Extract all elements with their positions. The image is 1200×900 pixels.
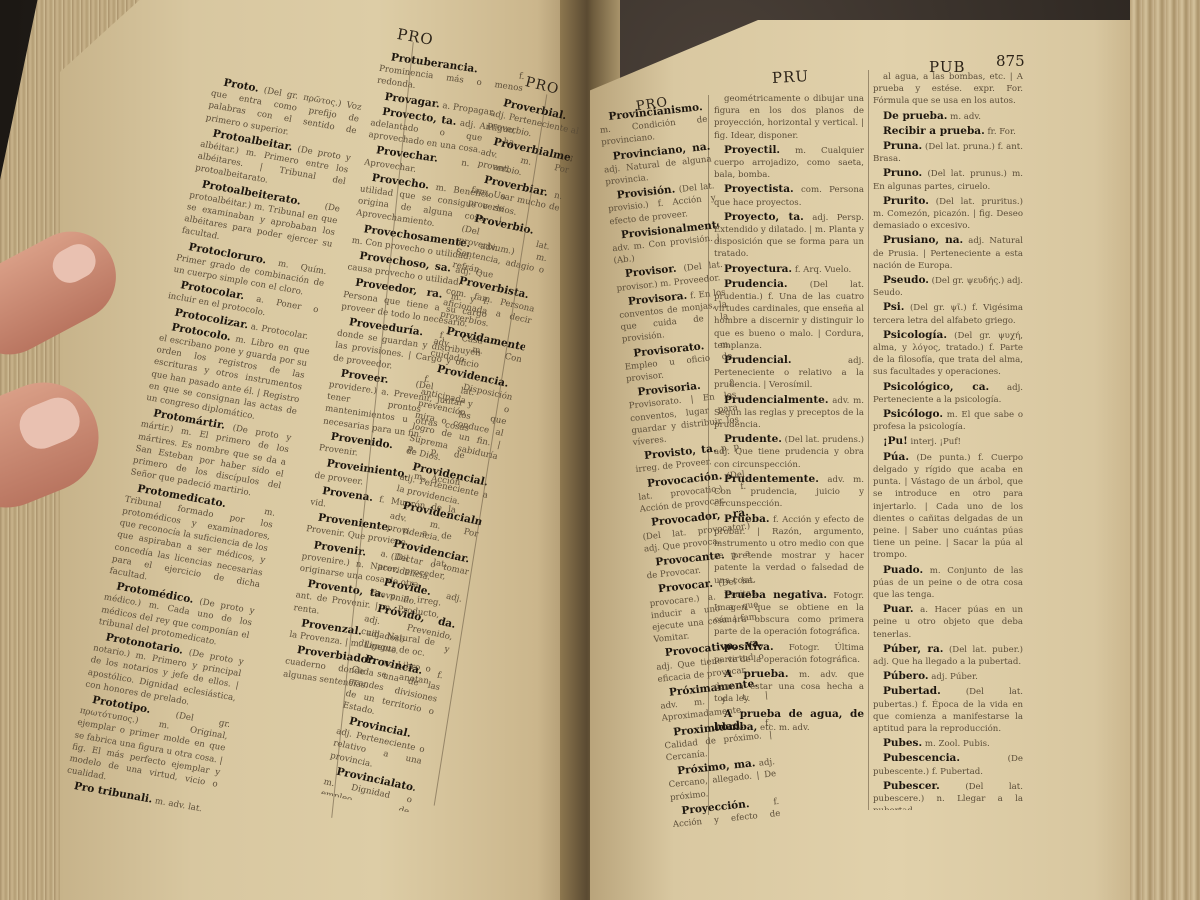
headword: Puado.: [883, 564, 923, 576]
definition: adj. Púber.: [931, 672, 978, 682]
dictionary-entry: Prudencialmente. adv. m. Según las regla…: [714, 394, 864, 432]
headword: positiva.: [724, 641, 774, 653]
dictionary-photo: PRO PRO PRO PRU PUB 875 Proto. (Del gr. …: [0, 0, 1200, 900]
dictionary-entry: Proyectura. f. Arq. Vuelo.: [714, 263, 864, 276]
definition: (Del lat. proverbium.) m. Sentencia, ada…: [452, 224, 551, 276]
definition: m. Zool. Pubis.: [925, 739, 990, 749]
dictionary-entry: Pseudo. (Del gr. ψευδής.) adj. Seudo.: [873, 274, 1023, 299]
definition: (De punta.) f. Cuerpo delgado y rígido q…: [873, 453, 1023, 561]
headword: Proyectista.: [724, 183, 794, 195]
dictionary-entry: Psi. (Del gr. ψῖ.) f. Vigésima tercera l…: [873, 301, 1023, 326]
dictionary-entry: A prueba de agua, de bomba, etc. m. adv.: [714, 708, 864, 734]
dictionary-entry: Prudente. (Del lat. prudens.) adj. Que t…: [714, 433, 864, 471]
dictionary-entry: positiva. Fotogr. Última parte de la ope…: [714, 641, 864, 666]
fingernail: [47, 238, 102, 289]
headword: Pubescer.: [883, 780, 940, 792]
headword: Prudentemente.: [724, 473, 819, 485]
headword: Proyectil.: [724, 144, 780, 156]
definition: interj. ¡Puf!: [910, 437, 960, 447]
headword: Recibir a prueba.: [883, 125, 985, 137]
headword: Prurito.: [883, 195, 929, 207]
thumbnail: [14, 392, 86, 455]
headword: Prudente.: [724, 433, 782, 445]
headword: Púa.: [883, 451, 909, 463]
definition: etc. m. adv.: [760, 723, 810, 733]
dictionary-entry: geométricamente o dibujar una figura en …: [714, 92, 864, 142]
dictionary-entry: Puar. a. Hacer púas en un peine u otro o…: [873, 603, 1023, 641]
dictionary-entry: Psicología. (Del gr. ψυχή, alma, y λόγος…: [873, 329, 1023, 379]
definition: f. Cada una de las grandes divisiones de…: [342, 665, 444, 717]
headword: Púbero.: [883, 670, 929, 682]
headword: Pubertad.: [883, 685, 941, 697]
headword: Proyectura.: [724, 263, 792, 275]
right-page-column-2: geométricamente o dibujar una figura en …: [714, 92, 864, 817]
headword: Pruno.: [883, 167, 922, 179]
dictionary-entry: Prueba. f. Acción y efecto de probar. | …: [714, 513, 864, 587]
dictionary-entry: Pruna. (Del lat. pruna.) f. ant. Brasa.: [873, 140, 1023, 165]
headword: Prusiano, na.: [883, 234, 963, 246]
dictionary-entry: Puado. m. Conjunto de las púas de un pei…: [873, 564, 1023, 602]
column-rule: [868, 70, 869, 810]
headword: Psi.: [883, 301, 904, 313]
page-number: 875: [996, 52, 1025, 70]
dictionary-entry: Púber, ra. (Del lat. puber.) adj. Que ha…: [873, 643, 1023, 668]
dictionary-entry: Prudentemente. adv. m. Con prudencia, ju…: [714, 473, 864, 511]
headword: Pubescencia.: [883, 752, 960, 764]
headword: Psicología.: [883, 329, 947, 341]
dictionary-entry: Prusiano, na. adj. Natural de Prusia. | …: [873, 234, 1023, 272]
dictionary-entry: Psicólogo. m. El que sabe o profesa la p…: [873, 408, 1023, 433]
headword: ¡Pu!: [883, 435, 908, 447]
headword: Proyecto, ta.: [724, 211, 804, 223]
headword: A prueba.: [724, 668, 789, 680]
dictionary-entry: ¡Pu! interj. ¡Puf!: [873, 435, 1023, 448]
definition: al agua, a las bombas, etc. | A prueba y…: [873, 72, 1023, 106]
dictionary-entry: A prueba. m. adv. que denota estar una c…: [714, 668, 864, 706]
headword: Pubes.: [883, 737, 922, 749]
right-running-head-center: PRU: [772, 67, 810, 87]
headword: Púber, ra.: [883, 643, 943, 655]
definition: m. adv.: [950, 112, 981, 122]
dictionary-entry: Proyecto, ta. adj. Persp. Extendido y di…: [714, 211, 864, 261]
dictionary-entry: Pubescer. (Del lat. pubescere.) n. Llega…: [873, 780, 1023, 810]
definition: (Del gr. πρωτότυπος.) m. Original, ejemp…: [66, 706, 231, 790]
dictionary-entry: Prudencial. adj. Perteneciente o relativ…: [714, 354, 864, 392]
dictionary-entry: Prueba negativa. Fotogr. Imagen que se o…: [714, 589, 864, 639]
dictionary-entry: Proyectil. m. Cualquier cuerpo arrojadiz…: [714, 144, 864, 182]
definition: m. Tribunal formado por los protomédicos…: [109, 494, 277, 590]
definition: f. Acción y efecto de probar. | Razón, a…: [714, 515, 864, 586]
headword: Psicológico, ca.: [883, 381, 989, 393]
headword: Pruna.: [883, 140, 922, 152]
dictionary-entry: Púa. (De punta.) f. Cuerpo delgado y ríg…: [873, 451, 1023, 562]
definition: fr. For.: [988, 127, 1016, 137]
definition: geométricamente o dibujar una figura en …: [714, 94, 864, 141]
headword: Prueba negativa.: [724, 589, 827, 601]
dictionary-entry: Pruno. (Del lat. prunus.) m. En algunas …: [873, 167, 1023, 192]
dictionary-entry: De prueba. m. adv.: [873, 110, 1023, 123]
dictionary-entry: Pubertad. (Del lat. pubertas.) f. Época …: [873, 685, 1023, 735]
definition: m. Libro en que el escribano pone y guar…: [145, 333, 310, 422]
dictionary-entry: Prudencia. (Del lat. prudentia.) f. Una …: [714, 278, 864, 352]
dictionary-entry: Psicológico, ca. adj. Perteneciente a la…: [873, 381, 1023, 406]
headword: Prudencial.: [724, 354, 792, 366]
dictionary-entry: Pubescencia. (De pubescente.) f. Puberta…: [873, 752, 1023, 777]
headword: Prueba.: [724, 513, 770, 525]
headword: Prudencia.: [724, 278, 788, 290]
definition: f. Arq. Vuelo.: [795, 265, 851, 275]
headword: Prudencialmente.: [724, 394, 829, 406]
headword: Pseudo.: [883, 274, 929, 286]
right-page-edges: [1130, 0, 1200, 900]
headword: De prueba.: [883, 110, 947, 122]
dictionary-entry: Prurito. (Del lat. pruritus.) m. Comezón…: [873, 195, 1023, 233]
dictionary-entry: Recibir a prueba. fr. For.: [873, 125, 1023, 138]
dictionary-entry: al agua, a las bombas, etc. | A prueba y…: [873, 70, 1023, 108]
definition: (Del lat. prudentia.) f. Una de las cuat…: [714, 280, 864, 351]
dictionary-entry: Púbero. adj. Púber.: [873, 670, 1023, 683]
dictionary-entry: Proyectista. com. Persona que hace proye…: [714, 183, 864, 208]
headword: Psicólogo.: [883, 408, 943, 420]
headword: Puar.: [883, 603, 914, 615]
dictionary-entry: Pubes. m. Zool. Pubis.: [873, 737, 1023, 750]
right-page-column-3: al agua, a las bombas, etc. | A prueba y…: [873, 70, 1023, 810]
